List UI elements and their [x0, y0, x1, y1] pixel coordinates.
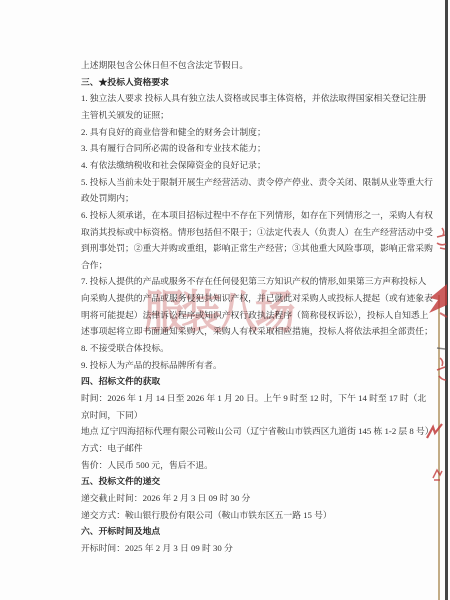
doc-line-7: 4. 有依法缴纳税收和社会保障资金的良好记录；	[81, 159, 437, 171]
red-stamp-fragment-icon	[426, 283, 448, 319]
red-stamp-fragment-icon	[425, 422, 444, 442]
section-heading-4: 四、招标文件的获取	[81, 375, 437, 387]
doc-line-27: 递交截止时间：2026 年 2 月 3 日 09 时 30 分	[81, 492, 437, 504]
section-heading-3: 三、★投标人资格要求	[81, 76, 437, 88]
doc-line-10: 6. 投标人须承诺，在本项目招标过程中不存在下列情形，如存在下列情形之一，采购人…	[81, 209, 437, 221]
doc-line-23: 地点 辽宁四海招标代理有限公司鞍山公司（辽宁省鞍山市铁西区九道街 145 栋 1…	[81, 425, 437, 437]
doc-line-5: 2. 具有良好的商业信誉和健全的财务会计制度；	[81, 126, 437, 138]
red-stamp-fragment-icon	[431, 466, 443, 482]
doc-line-21: 时间：2026 年 1 月 14 日至 2026 年 1 月 20 日。上午 9…	[81, 392, 437, 404]
doc-line-1: 上述期限包含公休日但不包含法定节假日。	[81, 59, 437, 71]
doc-line-30: 开标时间：2025 年 2 月 3 日 09 时 30 分	[81, 542, 437, 554]
pink-watermark-text: 服装八场	[144, 276, 292, 342]
section-heading-5: 五、投标文件的递交	[81, 475, 437, 487]
doc-line-8: 5. 投标人当前未处于限制开展生产经营活动、责令停产停业、责令关闭、限制从业等重…	[81, 176, 437, 188]
doc-line-3: 1. 独立法人要求 投标人具有独立法人资格或民事主体资格，并依法取得国家相关登记…	[81, 92, 437, 104]
doc-line-28: 递交方式：鞍山银行股份有限公司（鞍山市铁东区五一路 15 号）	[81, 509, 437, 521]
doc-line-12: 到刑事处罚；②重大并购或重组，影响正常生产经营；③其他重大风险事项，影响正常采购	[81, 242, 437, 254]
doc-line-19: 9. 投标人为产品的投标品牌所有者。	[81, 359, 437, 371]
scanned-document-page: 服装八场 上述期限包含公休日但不包含法定节假日。 三、★投标人资格要求 1. 独…	[0, 0, 450, 600]
doc-line-25: 售价：人民币 500 元，售后不退。	[81, 459, 437, 471]
doc-line-18: 8. 不接受联合体投标。	[81, 342, 437, 354]
red-stamp-fragment-icon	[433, 226, 449, 252]
doc-line-9: 政处罚期内；	[81, 192, 437, 204]
doc-line-22: 京时间，下同）	[81, 409, 437, 421]
red-stamp-fragment-icon	[434, 346, 448, 396]
doc-line-24: 方式：电子邮件	[81, 442, 437, 454]
doc-line-6: 3. 具有履行合同所必需的设备和专业技术能力；	[81, 142, 437, 154]
doc-line-4: 主管机关颁发的证照；	[81, 109, 437, 121]
section-heading-6: 六、开标时间及地点	[81, 525, 437, 537]
doc-line-11: 取消其投标或中标资格。情形包括但不限于；①法定代表人（负责人）在生产经营活动中受	[81, 226, 437, 238]
page-fold-line	[438, 295, 440, 600]
doc-line-13: 合作；	[81, 259, 437, 271]
